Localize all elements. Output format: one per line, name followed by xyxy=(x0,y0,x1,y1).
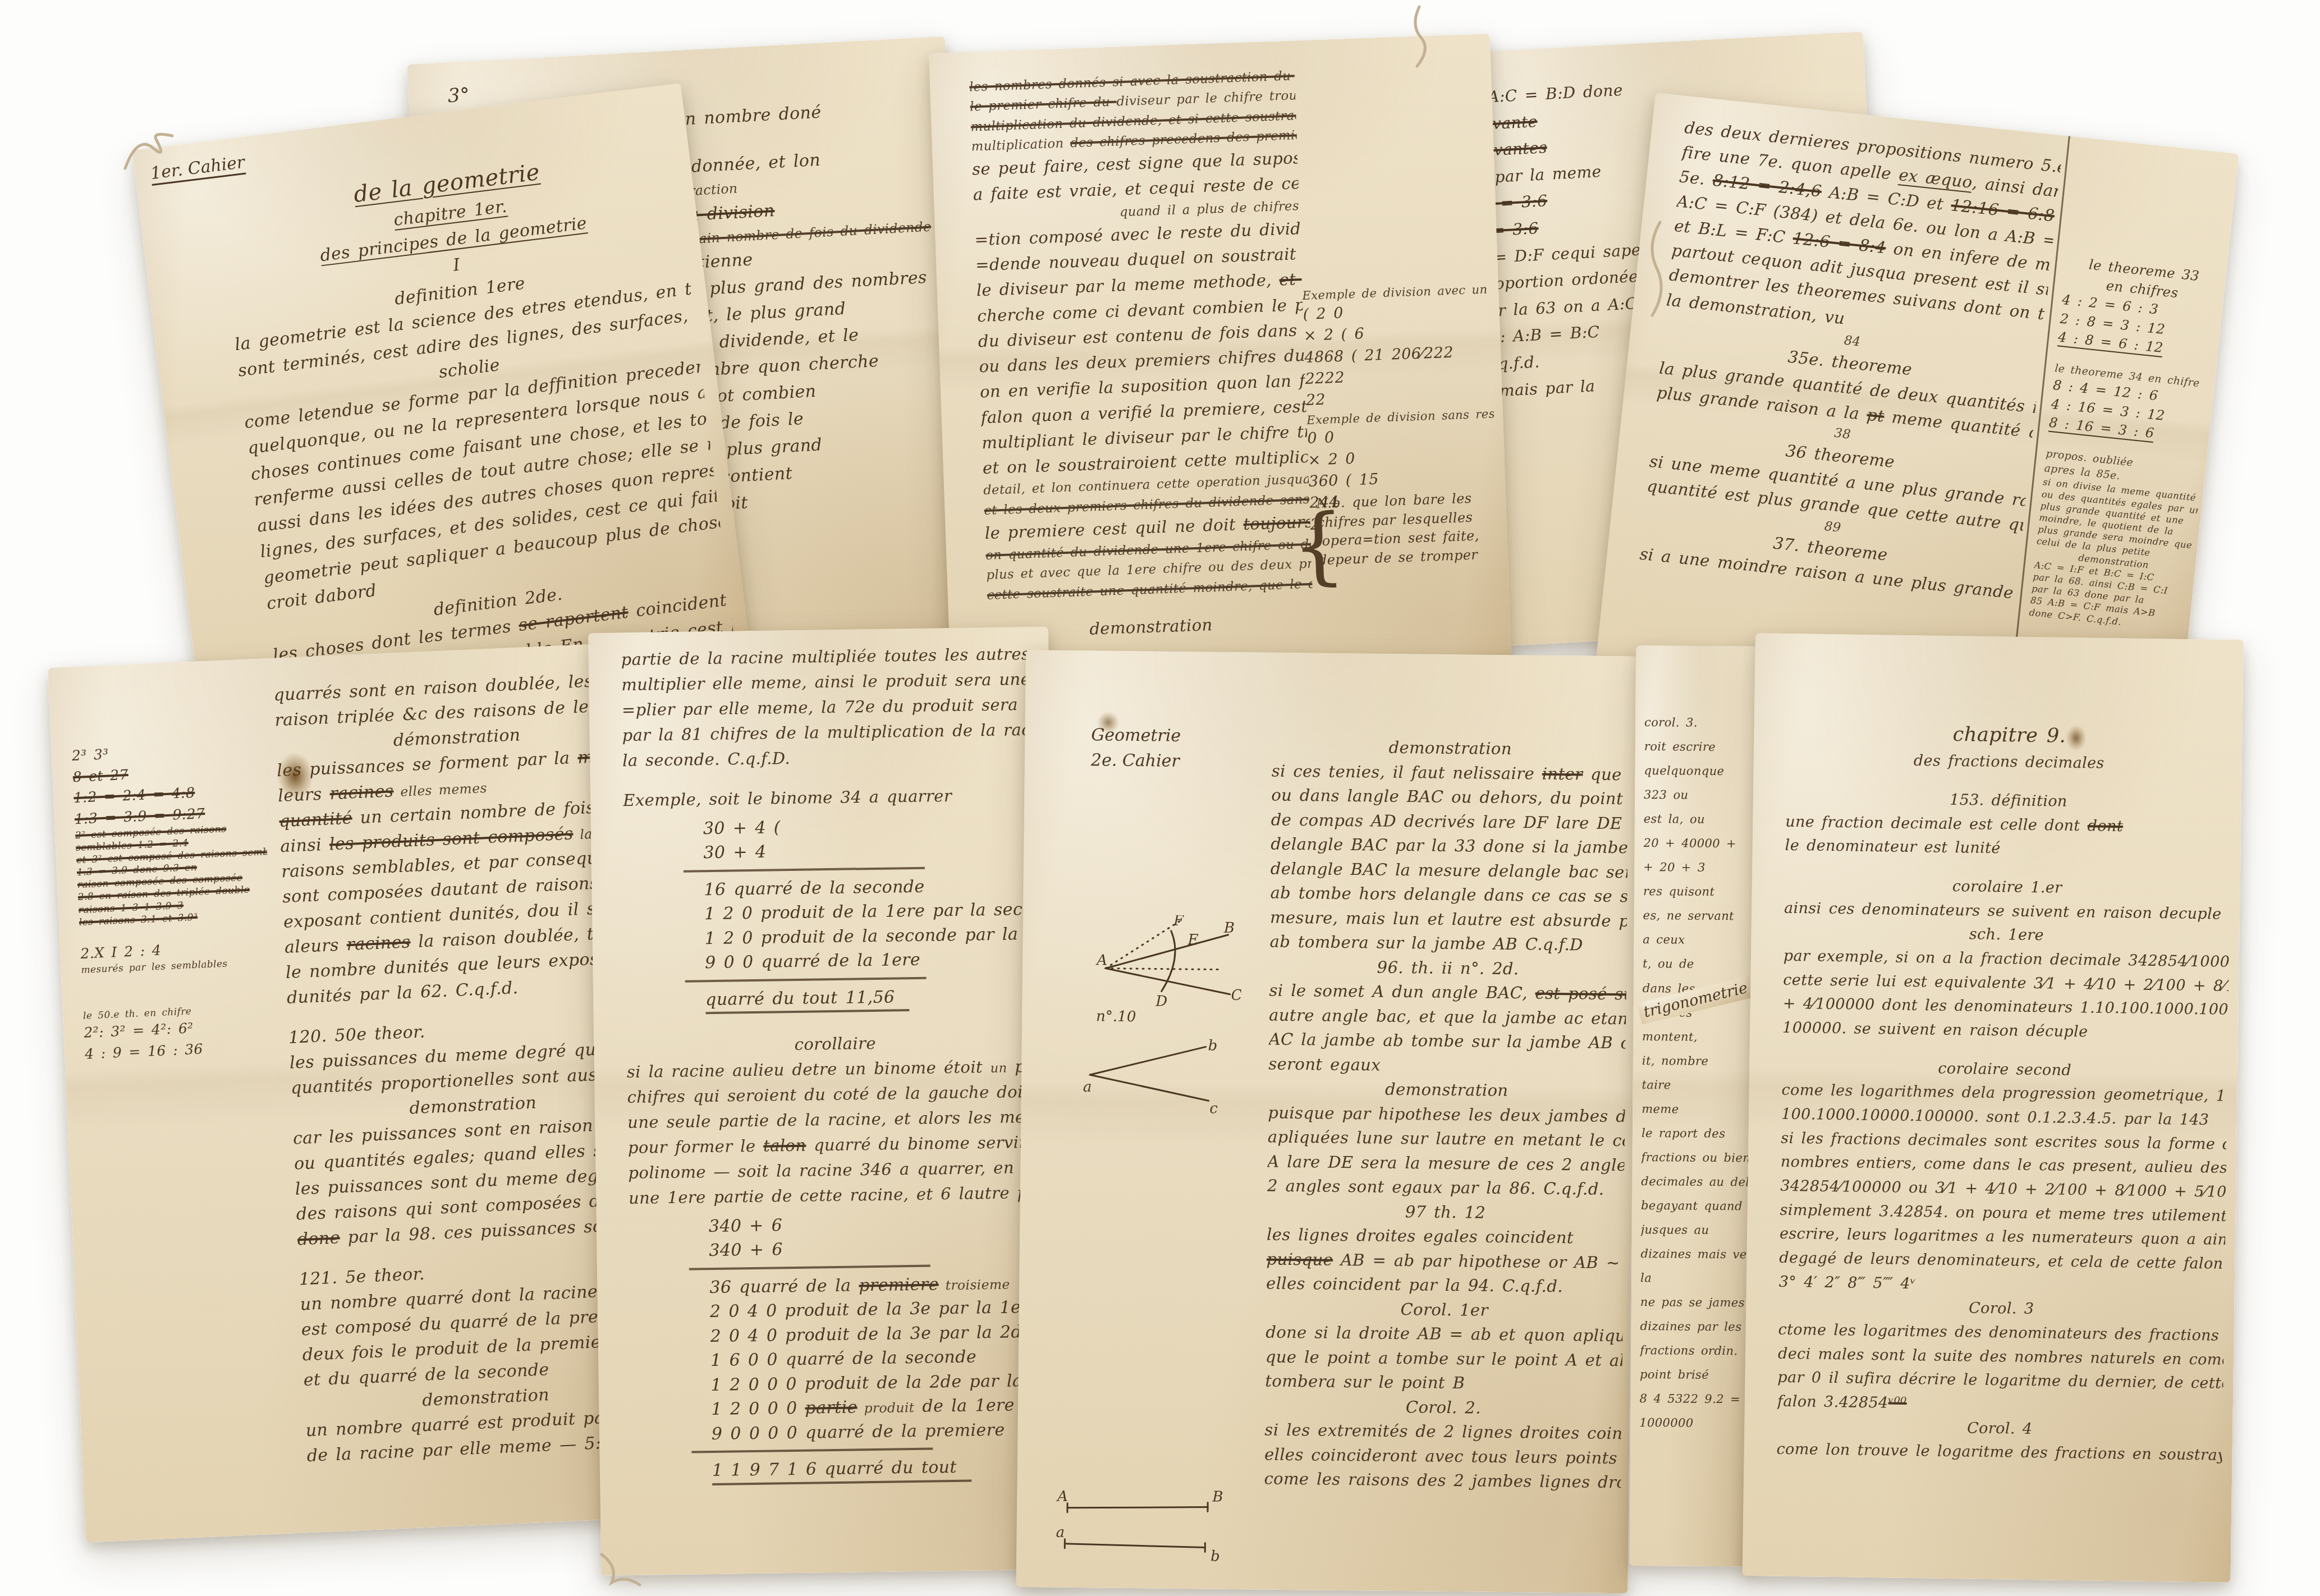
text-line: dizaines mais vers xyxy=(1640,1242,1755,1267)
text-line: ne pas se james la xyxy=(1640,1290,1755,1315)
text-line: + 20 + 3 xyxy=(1643,855,1758,880)
square-of-34-calculation: 30 + 4 (30 + 416 quarré de la seconde1 2… xyxy=(590,807,1053,1020)
square-of-346-calculation: 340 + 6340 + 636 quarré de la premiere t… xyxy=(596,1205,1060,1491)
page-text-top: partie de la racine multipliée toutes le… xyxy=(588,627,1051,814)
text-line: 1 2 0 produit de la seconde par la 1ere xyxy=(704,921,1053,951)
text-line: done si la droite AB = ab et quon apliqu… xyxy=(1266,1320,1622,1349)
manuscript-page-geometrie-cahier-2: Geometrie 2e. Cahier F E B A D C n°.10 a… xyxy=(1016,650,1638,1593)
text-line: meme xyxy=(1642,1097,1757,1122)
truncated-margin-text: corol. 3.roit escrirequelquonque323 oues… xyxy=(1630,645,1762,1436)
page-text-middle: corollairesi la racine aulieu detre un b… xyxy=(594,1014,1057,1212)
text-line: es, ne servant xyxy=(1643,904,1758,928)
point-label-b: b xyxy=(1208,1038,1217,1054)
text-line xyxy=(684,866,925,872)
small-angle-diagram: a b c xyxy=(1083,1038,1218,1118)
binding-thread xyxy=(1638,219,1677,320)
equal-segments-diagram: A B a b xyxy=(1056,1481,1225,1572)
point-label-c: c xyxy=(1209,1100,1218,1117)
text-line: 9 0 0 quarré de la 1ere xyxy=(705,946,1053,975)
text-line: 9 0 0 0 0 quarré de la premiere xyxy=(712,1417,1060,1446)
text-line: 30 + 4 xyxy=(703,836,1052,865)
text-line: elles coincideront avec tous leurs point… xyxy=(1264,1442,1621,1470)
text-line: 8 4 5322 9.2 = 0 45322 xyxy=(1639,1387,1754,1411)
photograph-of-manuscripts: = A:C = B:D donesuivantesuivanteset par … xyxy=(0,0,2320,1596)
point-label-C: C xyxy=(1231,987,1242,1004)
margin-calculations: 2³ 3³8 et 271:2 = 2:4 = 4:81:3 = 3:9 = 9… xyxy=(71,737,276,1065)
text-line: it, nombre xyxy=(1642,1049,1757,1074)
text-line: autre angle bac, et que la jambe ac etan… xyxy=(1269,1003,1626,1031)
cahier-label: Geometrie 2e. Cahier xyxy=(1091,722,1181,774)
text-line: ab tombe hors delangle dans ce cas se se… xyxy=(1270,881,1627,909)
manuscript-page-fractions-decimales: chapitre 9.des fractions decimales153. d… xyxy=(1743,633,2244,1583)
point-label-D: D xyxy=(1155,993,1167,1010)
text-line: fractions ou bien xyxy=(1641,1145,1756,1170)
figure-number: n°.10 xyxy=(1096,1008,1136,1025)
manuscript-page-binome-quarre: partie de la racine multipliée toutes le… xyxy=(588,627,1061,1576)
text-line: A lare DE sera la mesure de ces 2 angles… xyxy=(1267,1149,1624,1177)
text-line: Corol. 1er xyxy=(1266,1296,1623,1324)
manuscript-page-edge-strip: corol. 3.roit escrirequelquonque323 oues… xyxy=(1630,645,1762,1567)
text-line: tombera sur le point B xyxy=(1265,1369,1622,1397)
text-line: delangle BAC par la 33 done si la jambe … xyxy=(1271,832,1627,860)
text-line: seront egaux xyxy=(1268,1052,1625,1080)
binding-thread xyxy=(121,129,182,180)
binding-thread xyxy=(596,1550,647,1589)
text-line: quelquonque xyxy=(1644,759,1759,783)
text-line: si ces tenies, il faut nelissaire inter … xyxy=(1272,759,1629,787)
text-line: demonstration xyxy=(1272,735,1629,763)
text-line: quarré du tout 11,56 xyxy=(705,985,910,1015)
text-line xyxy=(691,1448,933,1453)
main-text-column: des deux dernieres propositions numero 5… xyxy=(1594,93,2069,722)
point-label-A: A xyxy=(1095,952,1107,969)
point-label-B: B xyxy=(1223,920,1235,937)
text-line: la xyxy=(1640,1266,1755,1291)
text-line: t, ou de xyxy=(1643,952,1758,977)
text-line: jusques au xyxy=(1641,1218,1756,1242)
manuscript-page-puissances: 2³ 3³8 et 271:2 = 2:4 = 4:81:3 = 3:9 = 9… xyxy=(48,642,680,1543)
text-line: delangle BAC la mesure delangle bac sera… xyxy=(1271,856,1627,884)
text-line: res quisont xyxy=(1643,879,1758,904)
text-line: demonstration xyxy=(1268,1076,1625,1104)
text-line: les lignes droites egales coincident xyxy=(1267,1223,1624,1251)
text-line: est la, ou xyxy=(1644,807,1759,832)
text-line: begayant quand xyxy=(1641,1194,1756,1218)
text-line: decimales au delà xyxy=(1641,1170,1756,1194)
text-line: 2 angles sont egaux par la 86. C.q.f.d. xyxy=(1267,1174,1624,1202)
text-line: de compas AD decrivés lare DF lare DE se… xyxy=(1271,808,1628,836)
point-label-B: B xyxy=(1212,1489,1223,1506)
page-text: de la geometriechapitre 1er.des principe… xyxy=(132,83,749,705)
manuscript-page-geometrie-titre: 1er. Cahier de la geometriechapitre 1er.… xyxy=(132,83,749,708)
text-line: Corol. 2. xyxy=(1265,1393,1622,1421)
text-line: elles coincident par la 94. C.q.f.d. xyxy=(1266,1272,1623,1300)
cahier-label-line2: 2e. Cahier xyxy=(1091,747,1181,774)
page-number: 3° xyxy=(447,84,470,107)
text-line: apliquées lune sur lautre en metant le c… xyxy=(1268,1125,1625,1153)
binding-thread xyxy=(1400,3,1439,71)
text-line: le raport des xyxy=(1642,1121,1757,1146)
text-line: 1000000 xyxy=(1639,1411,1754,1436)
text-line: si le somet A dun angle BAC, est posé su… xyxy=(1269,979,1626,1007)
text-line: 96. th. ii n°. 2d. xyxy=(1269,954,1626,982)
text-line: puisque AB = ab par hipothese or AB ∼ ab… xyxy=(1266,1247,1623,1275)
text-line: 340 + 6 xyxy=(709,1234,1057,1263)
manuscript-page-division-methode: les nombres donnés si avec la soustracti… xyxy=(929,34,1512,692)
text-line: come les raisons des 2 jambes lignes dro… xyxy=(1264,1467,1621,1495)
text-line: 97 th. 12 xyxy=(1267,1198,1624,1226)
point-label-b: b xyxy=(1211,1548,1220,1565)
text-line: puisque par hipothese les deux jambes de… xyxy=(1268,1100,1625,1129)
text-line xyxy=(689,1264,930,1270)
page-text: chapitre 9.des fractions decimales153. d… xyxy=(1744,633,2244,1468)
text-line: mesure, mais lun et lautre est absurde p… xyxy=(1270,905,1627,933)
point-label-E: E xyxy=(1187,932,1198,948)
text-line: 1 2 0 0 0 partie produit de la 1ere par … xyxy=(711,1393,1060,1422)
angle-arc-diagram: F E B A D C n°.10 xyxy=(1095,914,1242,1028)
text-line: AC la jambe ab tombe sur la jambe AB ces… xyxy=(1269,1028,1626,1056)
text-line: taire xyxy=(1642,1073,1757,1098)
text-line: a ceux xyxy=(1643,928,1758,953)
text-line: la seconde. C.q.f.D. xyxy=(622,742,1040,773)
text-line: fractions ordin. xyxy=(1640,1338,1755,1363)
cahier-label-line1: Geometrie xyxy=(1091,722,1181,749)
nota-bene-note: N.b. que lon bare leschifres par lesquel… xyxy=(1291,488,1503,571)
text-line: ab tombera sur la jambe AB C.q.f.D xyxy=(1269,930,1626,958)
text-line: 2 0 4 0 produit de la 3e par la 2de xyxy=(710,1319,1058,1349)
text-line: 323 ou xyxy=(1644,783,1759,808)
point-label-A: A xyxy=(1056,1488,1068,1505)
text-line: point brisé xyxy=(1640,1363,1755,1387)
text-line: roit escrire xyxy=(1644,735,1759,759)
text-line: si les extremités de 2 lignes droites co… xyxy=(1264,1418,1621,1446)
text-line: ou dans langle BAC ou dehors, du point A… xyxy=(1271,783,1628,811)
text-line: 1 1 9 7 1 6 quarré du tout xyxy=(712,1455,972,1485)
point-label-a: a xyxy=(1056,1524,1065,1541)
text-line: dizaines par les xyxy=(1640,1314,1755,1339)
text-line: que le point a tombe sur le point A et a… xyxy=(1266,1345,1622,1373)
text-line xyxy=(685,976,927,982)
point-label-F: F xyxy=(1173,914,1184,929)
text-line: corol. 3. xyxy=(1644,710,1759,735)
text-line: 20 + 40000 + xyxy=(1643,831,1758,856)
point-label-a: a xyxy=(1083,1079,1092,1095)
text-line: montent, xyxy=(1642,1025,1757,1049)
